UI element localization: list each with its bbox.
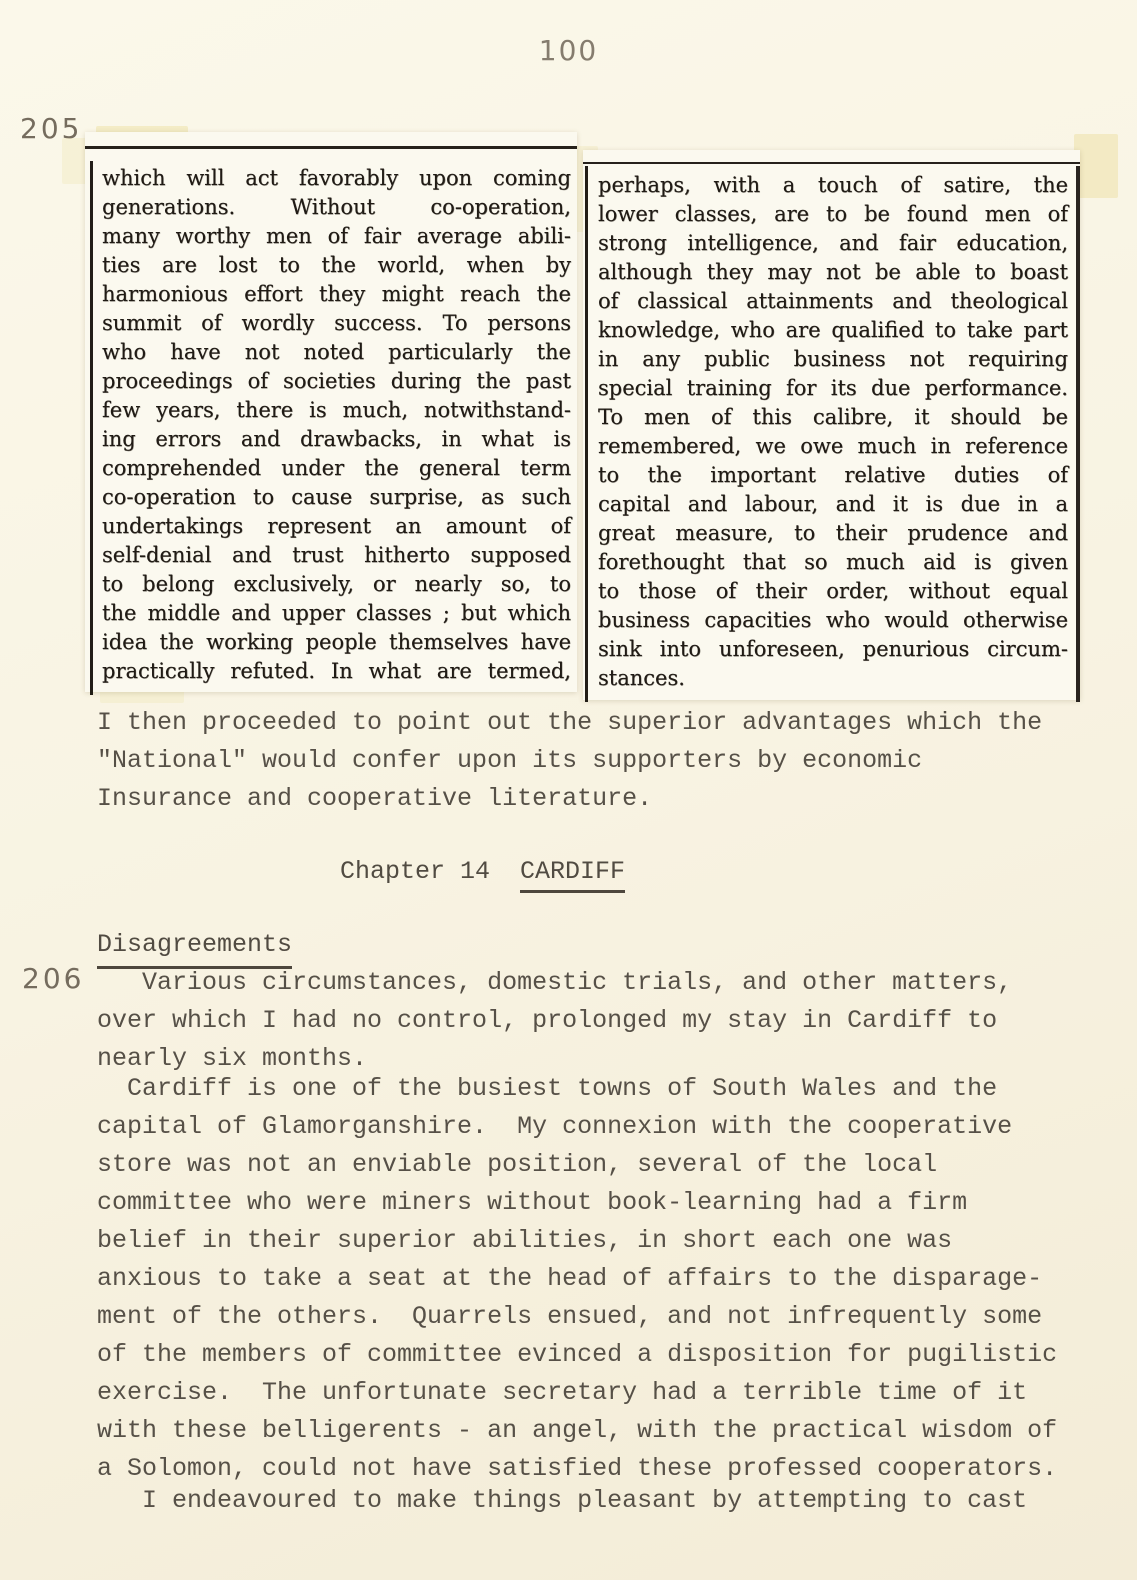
text-line: to belong exclusively, or nearly so, to (102, 570, 571, 599)
text-line: with these belligerents - an angel, with… (97, 1412, 1057, 1450)
text-line: the middle and upper classes ; but which (102, 599, 571, 628)
text-line: sink into unforeseen, penurious circum- (598, 635, 1068, 664)
text-line: over which I had no control, prolonged m… (97, 1002, 1012, 1040)
text-line: belief in their superior abilities, in s… (97, 1222, 1057, 1260)
text-line: to those of their order, without equal (598, 577, 1068, 606)
text-line: Insurance and cooperative literature. (97, 780, 1042, 818)
text-line: I endeavoured to make things pleasant by… (97, 1482, 1027, 1520)
clipping-top-rule (85, 146, 577, 149)
text-line: great measure, to their prudence and (598, 519, 1068, 548)
text-line: Various circumstances, domestic trials, … (97, 964, 1012, 1002)
text-line: store was not an enviable position, seve… (97, 1146, 1057, 1184)
text-line: although they may not be able to boast (598, 258, 1068, 287)
text-line: proceedings of societies during the past (102, 367, 571, 396)
typed-paragraph-national: I then proceeded to point out the superi… (97, 704, 1042, 818)
text-line: generations. Without co-operation, (102, 193, 571, 222)
text-line: business capacities who would otherwise (598, 606, 1068, 635)
text-line: stances. (598, 664, 1068, 693)
scanned-page: 100 205 206 which will act favorably upo… (0, 0, 1137, 1580)
text-line: forethought that so much aid is given (598, 548, 1068, 577)
text-line: summit of wordly success. To persons (102, 309, 571, 338)
page-number: 100 (539, 34, 598, 67)
text-line: comprehended under the general term (102, 454, 571, 483)
tape-mark (1074, 134, 1118, 198)
clipping-right-column: perhaps, with a touch of satire, thelowe… (585, 166, 1080, 702)
text-line: of classical attainments and theological (598, 287, 1068, 316)
text-line: knowledge, who are qualified to take par… (598, 316, 1068, 345)
section-heading-disagreements: Disagreements (97, 926, 292, 969)
clipping-top-rule (583, 162, 1080, 164)
newspaper-clipping-left: which will act favorably upon cominggene… (85, 132, 577, 692)
chapter-title: CARDIFF (520, 857, 625, 893)
text-line: idea the working people themselves have (102, 628, 571, 657)
text-line: capital and labour, and it is due in a (598, 490, 1068, 519)
text-line: capital of Glamorganshire. My connexion … (97, 1108, 1057, 1146)
text-line: many worthy men of fair average abili- (102, 222, 571, 251)
text-line: which will act favorably upon coming (102, 164, 571, 193)
text-line: Cardiff is one of the busiest towns of S… (97, 1070, 1057, 1108)
text-line: anxious to take a seat at the head of af… (97, 1260, 1057, 1298)
text-line: special training for its due performance… (598, 374, 1068, 403)
text-line: remembered, we owe much in reference (598, 432, 1068, 461)
text-line: co-operation to cause surprise, as such (102, 483, 571, 512)
text-line: in any public business not requiring (598, 345, 1068, 374)
text-line: ties are lost to the world, when by (102, 251, 571, 280)
chapter-number: Chapter 14 (340, 857, 490, 886)
clipping-left-column: which will act favorably upon cominggene… (90, 161, 577, 695)
text-line: who have not noted particularly the (102, 338, 571, 367)
text-line: ment of the others. Quarrels ensued, and… (97, 1298, 1057, 1336)
text-line: practically refuted. In what are termed, (102, 657, 571, 686)
text-line: committee who were miners without book-l… (97, 1184, 1057, 1222)
text-line: I then proceeded to point out the superi… (97, 704, 1042, 742)
text-line: "National" would confer upon its support… (97, 742, 1042, 780)
typed-paragraph-cardiff: Cardiff is one of the busiest towns of S… (97, 1070, 1057, 1488)
text-line: harmonious effort they might reach the (102, 280, 571, 309)
newspaper-clipping-right: perhaps, with a touch of satire, thelowe… (583, 150, 1080, 700)
chapter-heading: Chapter 14CARDIFF (340, 853, 625, 891)
text-line: To men of this calibre, it should be (598, 403, 1068, 432)
margin-number-206: 206 (22, 962, 84, 995)
typed-paragraph-endeavoured: I endeavoured to make things pleasant by… (97, 1482, 1027, 1520)
text-line: perhaps, with a touch of satire, the (598, 171, 1068, 200)
text-line: to the important relative duties of (598, 461, 1068, 490)
text-line: undertakings represent an amount of (102, 512, 571, 541)
text-line: lower classes, are to be found men of (598, 200, 1068, 229)
text-line: strong intelligence, and fair education, (598, 229, 1068, 258)
text-line: few years, there is much, notwithstand- (102, 396, 571, 425)
text-line: exercise. The unfortunate secretary had … (97, 1374, 1057, 1412)
text-line: of the members of committee evinced a di… (97, 1336, 1057, 1374)
text-line: self-denial and trust hitherto supposed (102, 541, 571, 570)
typed-paragraph-circumstances: Various circumstances, domestic trials, … (97, 964, 1012, 1078)
text-line: ing errors and drawbacks, in what is (102, 425, 571, 454)
